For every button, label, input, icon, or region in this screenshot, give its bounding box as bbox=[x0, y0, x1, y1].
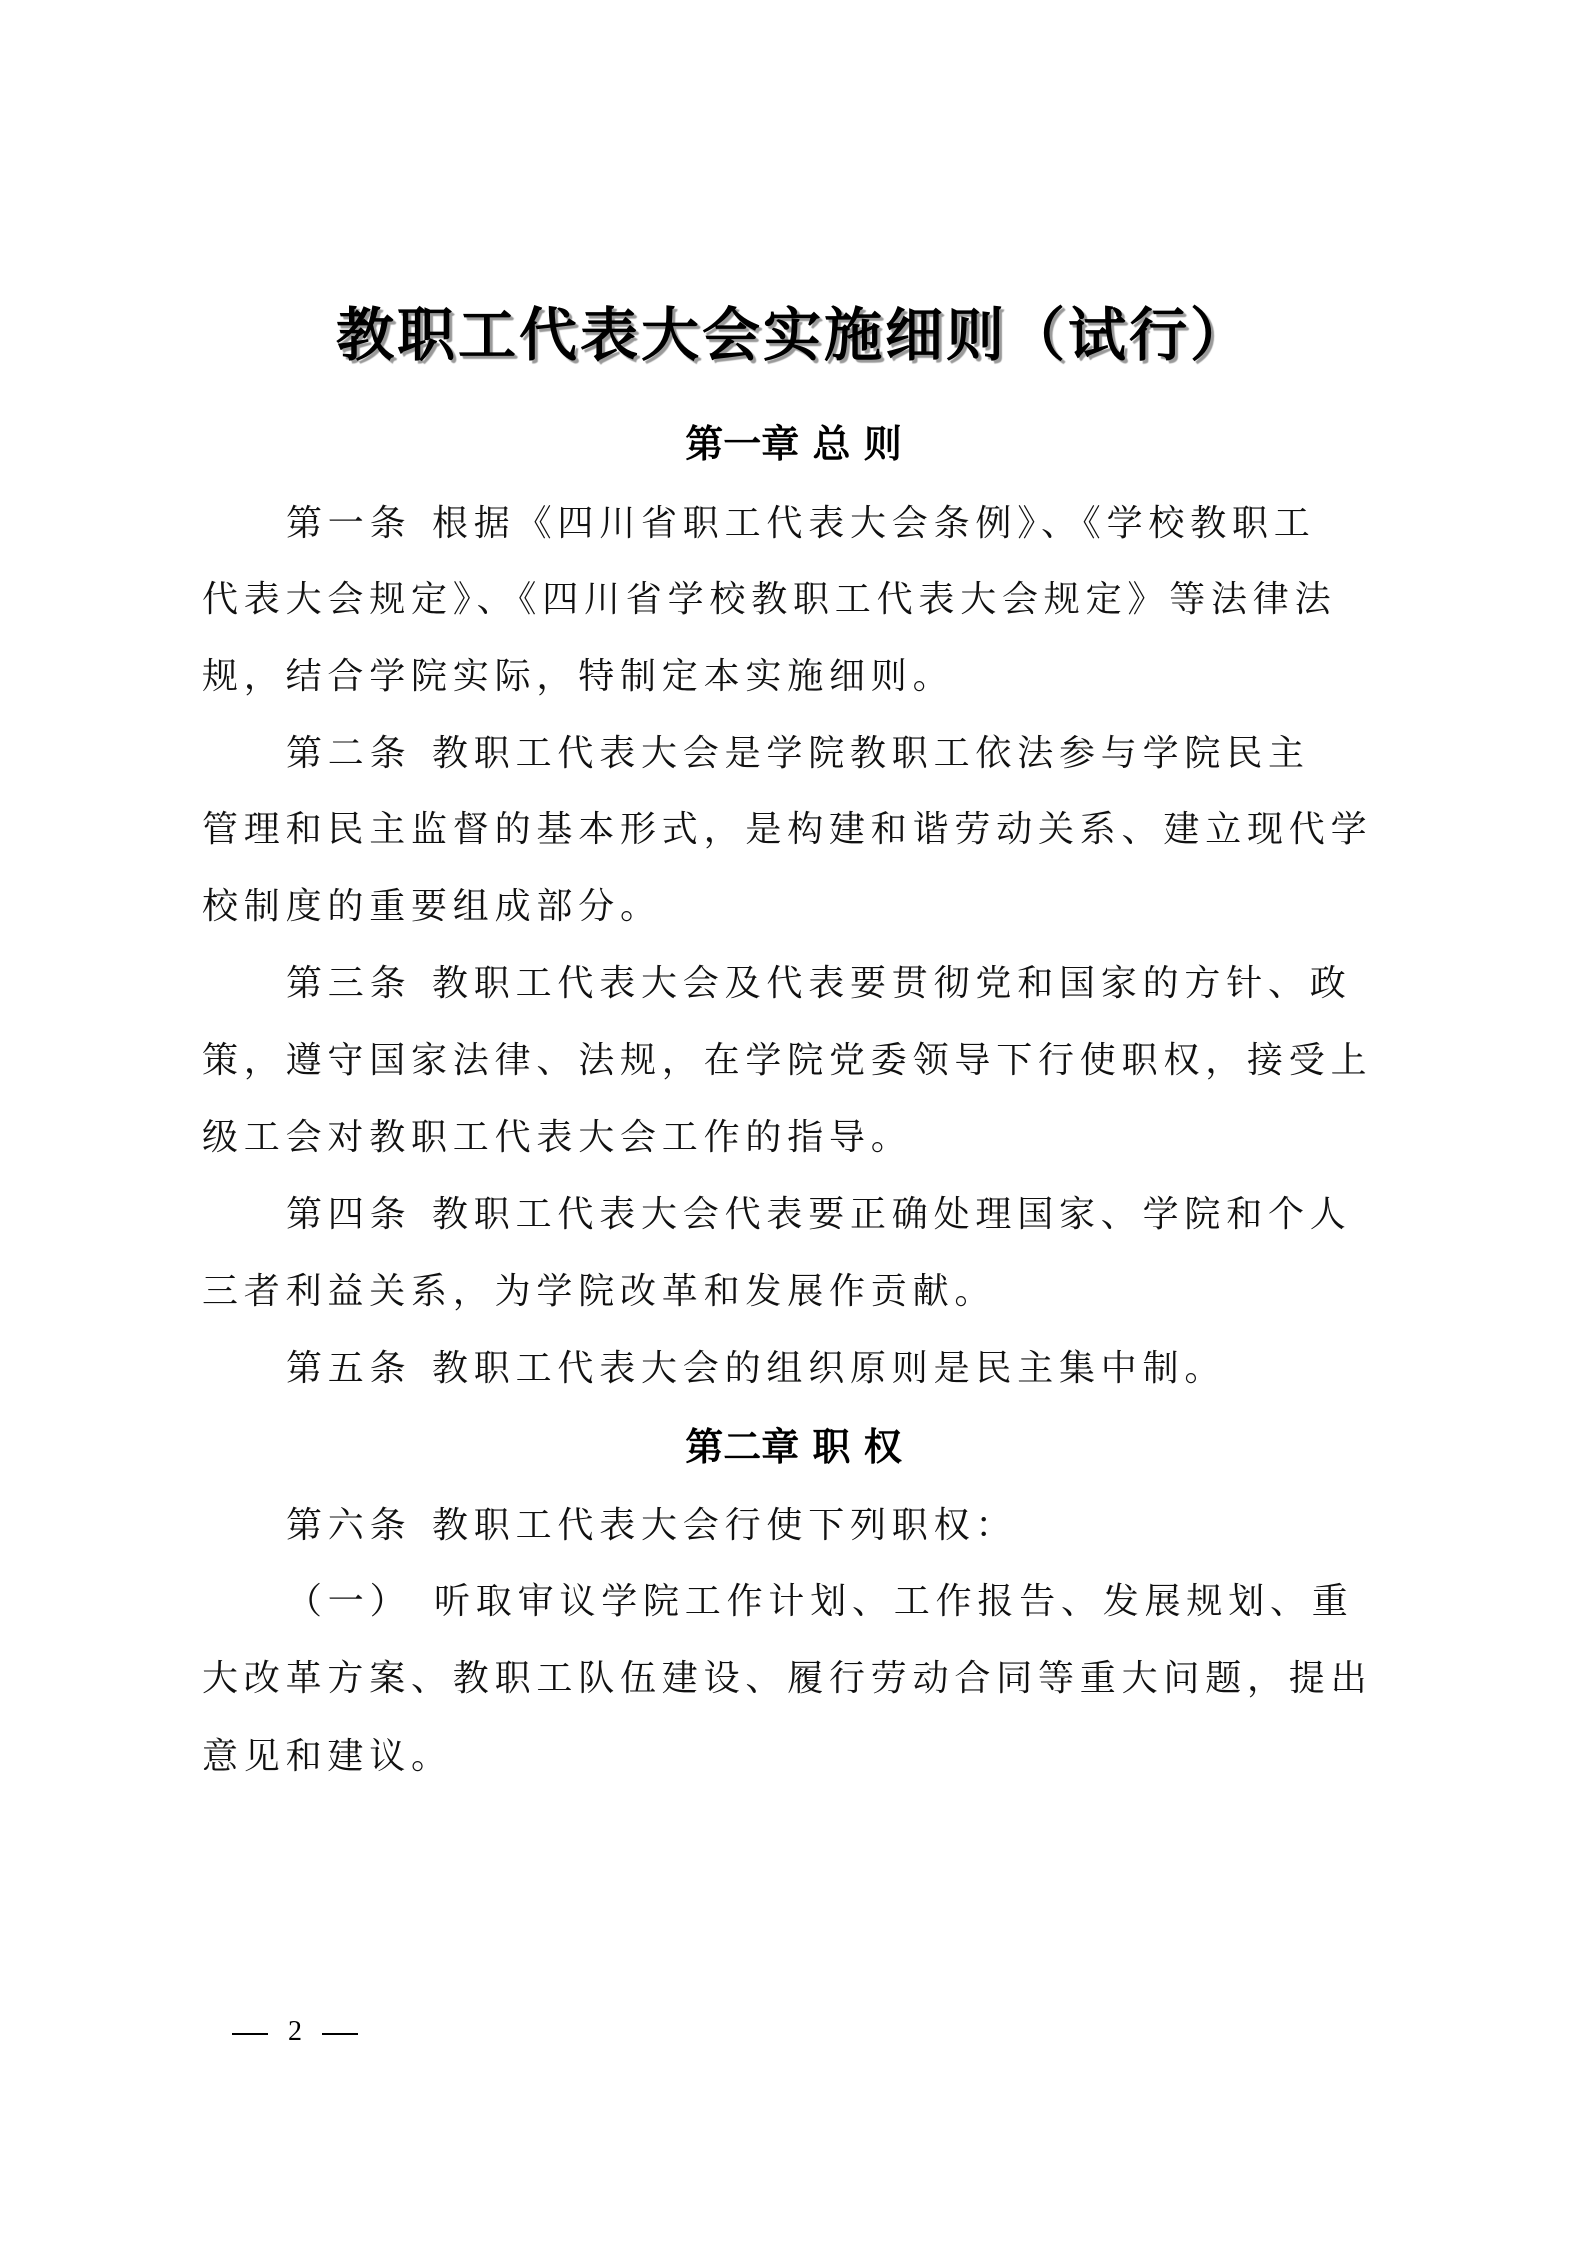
item-label: （一） bbox=[286, 1572, 434, 1632]
page-footer: 2 bbox=[232, 2012, 358, 2052]
item-1-line-3: 意见和建议。 bbox=[202, 1727, 1402, 1787]
article-text: 教职工代表大会及代表要贯彻党和国家的方针、政 bbox=[432, 963, 1352, 1004]
page-number: 2 bbox=[288, 2012, 302, 2052]
article-2-line-3: 校制度的重要组成部分。 bbox=[202, 877, 1402, 937]
article-label: 第六条 bbox=[286, 1496, 432, 1556]
article-6-line-1: 第六条教职工代表大会行使下列职权： bbox=[286, 1496, 1486, 1556]
article-2-line-1: 第二条教职工代表大会是学院教职工依法参与学院民主 bbox=[286, 724, 1486, 784]
item-1-line-2: 大改革方案、教职工队伍建设、履行劳动合同等重大问题，提出 bbox=[202, 1649, 1402, 1709]
article-text: 根据《四川省职工代表大会条例》、《学校教职工 bbox=[432, 503, 1316, 544]
article-4-line-1: 第四条教职工代表大会代表要正确处理国家、学院和个人 bbox=[286, 1185, 1486, 1245]
article-2-line-2: 管理和民主监督的基本形式，是构建和谐劳动关系、建立现代学 bbox=[202, 800, 1402, 860]
article-4-line-2: 三者利益关系，为学院改革和发展作贡献。 bbox=[202, 1262, 1402, 1322]
article-label: 第二条 bbox=[286, 724, 432, 784]
article-5-line-1: 第五条教职工代表大会的组织原则是民主集中制。 bbox=[286, 1339, 1486, 1399]
article-3-line-1: 第三条教职工代表大会及代表要贯彻党和国家的方针、政 bbox=[286, 954, 1486, 1014]
item-1-line-1: （一）听取审议学院工作计划、工作报告、发展规划、重 bbox=[286, 1572, 1486, 1632]
article-label: 第三条 bbox=[286, 954, 432, 1014]
article-text: 教职工代表大会代表要正确处理国家、学院和个人 bbox=[432, 1194, 1352, 1235]
item-text: 听取审议学院工作计划、工作报告、发展规划、重 bbox=[434, 1581, 1354, 1622]
article-3-line-3: 级工会对教职工代表大会工作的指导。 bbox=[202, 1108, 1402, 1168]
article-text: 教职工代表大会是学院教职工依法参与学院民主 bbox=[432, 733, 1310, 774]
dash-right bbox=[322, 2033, 358, 2035]
article-text: 教职工代表大会行使下列职权： bbox=[432, 1505, 1017, 1546]
dash-left bbox=[232, 2033, 268, 2035]
document-page: 教职工代表大会实施细则（试行） 第一章 总 则 第一条根据《四川省职工代表大会条… bbox=[0, 0, 1587, 2245]
article-label: 第一条 bbox=[286, 494, 432, 554]
article-text: 教职工代表大会的组织原则是民主集中制。 bbox=[432, 1348, 1226, 1389]
article-label: 第四条 bbox=[286, 1185, 432, 1245]
chapter-heading-2: 第二章 职 权 bbox=[0, 1417, 1587, 1477]
article-1-line-2: 代表大会规定》、《四川省学校教职工代表大会规定》等法律法 bbox=[202, 570, 1402, 630]
chapter-heading-1: 第一章 总 则 bbox=[0, 414, 1587, 474]
article-label: 第五条 bbox=[286, 1339, 432, 1399]
article-1-line-3: 规，结合学院实际，特制定本实施细则。 bbox=[202, 647, 1402, 707]
document-title: 教职工代表大会实施细则（试行） bbox=[0, 296, 1587, 374]
article-1-line-1: 第一条根据《四川省职工代表大会条例》、《学校教职工 bbox=[286, 494, 1486, 554]
article-3-line-2: 策，遵守国家法律、法规，在学院党委领导下行使职权，接受上 bbox=[202, 1031, 1402, 1091]
